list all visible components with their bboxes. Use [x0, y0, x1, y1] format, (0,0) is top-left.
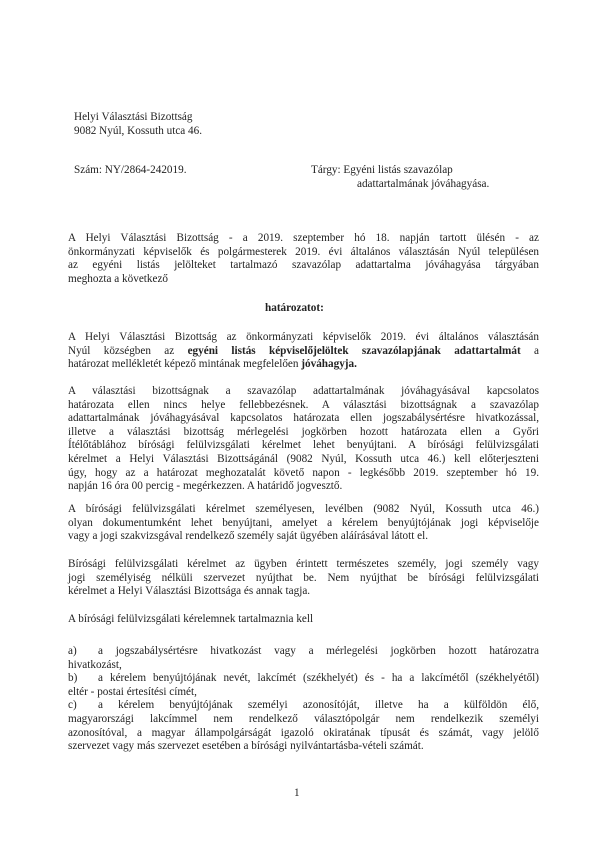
decision-line: A Helyi Választási Bizottság az önkormán…	[68, 331, 539, 345]
remedy-line: határozata ellen nincs helye fellebbezés…	[68, 399, 539, 413]
submission-line: vagy a jogi szakvizsgával rendelkező sze…	[68, 530, 539, 544]
contents-intro: A bírósági felülvizsgálati kérelemnek ta…	[68, 613, 313, 627]
requirements-list: a)a jogszabálysértésre hivatkozást vagy …	[68, 645, 539, 754]
org-name: Helyi Választási Bizottság	[74, 111, 192, 125]
org-address: 9082 Nyúl, Kossuth utca 46.	[74, 125, 202, 139]
list-item-a-cont: hivatkozást,	[68, 659, 539, 673]
intro-line: az egyéni listás jelölteket tartalmazó s…	[68, 259, 539, 273]
submission-paragraph: A bírósági felülvizsgálati kérelmet szem…	[68, 503, 539, 544]
remedy-line: A választási bizottságnak a szavazólap a…	[68, 385, 539, 399]
page-number: 1	[294, 787, 300, 801]
remedy-line: Ítélőtáblához bírósági felülvizsgálati k…	[68, 439, 539, 453]
decision-paragraph: A Helyi Választási Bizottság az önkormán…	[68, 331, 539, 372]
remedy-paragraph: A választási bizottságnak a szavazólap a…	[68, 385, 539, 494]
intro-paragraph: A Helyi Választási Bizottság - a 2019. s…	[68, 232, 539, 286]
remedy-line: kérelmet a Helyi Választási Bizottságáná…	[68, 453, 539, 467]
decision-line: határozat mellékletét képező mintának me…	[68, 358, 539, 372]
intro-line: A Helyi Választási Bizottság - a 2019. s…	[68, 232, 539, 246]
list-item-c-cont: magyarországi lakcímmel nem rendelkező v…	[68, 713, 539, 727]
remedy-line: adattartalmának jóváhagyásával kapcsolat…	[68, 412, 539, 426]
remedy-line: úgy, hogy az a határozat meghozatalát kö…	[68, 467, 539, 481]
list-item-b-cont: eltér - postai értesítési címét,	[68, 686, 539, 700]
subject-line-1: Tárgy: Egyéni listás szavazólap	[311, 164, 453, 178]
remedy-line: illetve a választási bizottság mérlegelé…	[68, 426, 539, 440]
list-item-c: c)a kérelem benyújtójának személyi azono…	[68, 699, 539, 713]
intro-line: meghozta a következő	[68, 273, 539, 287]
list-item-c-cont: szervezet vagy más szervezet esetében a …	[68, 740, 539, 754]
intro-line: önkormányzati képviselők és polgármester…	[68, 246, 539, 260]
subject-line-2: adattartalmának jóváhagyása.	[357, 178, 489, 192]
list-item-c-cont: azonosítóval, a magyar állampolgárságát …	[68, 727, 539, 741]
eligibility-line: jogi személyiség nélküli szervezet nyújt…	[68, 572, 539, 586]
eligibility-line: Bírósági felülvizsgálati kérelmet az ügy…	[68, 558, 539, 572]
submission-line: A bírósági felülvizsgálati kérelmet szem…	[68, 503, 539, 517]
eligibility-paragraph: Bírósági felülvizsgálati kérelmet az ügy…	[68, 558, 539, 599]
eligibility-line: kérelmet a Helyi Választási Bizottsága é…	[68, 585, 539, 599]
list-item-b: b)a kérelem benyújtójának nevét, lakcímé…	[68, 672, 539, 686]
remedy-line: napján 16 óra 00 percig - megérkezzen. A…	[68, 480, 539, 494]
document-number: Szám: NY/2864-242019.	[74, 164, 187, 178]
decision-title: határozatot:	[265, 302, 324, 316]
list-item-a: a)a jogszabálysértésre hivatkozást vagy …	[68, 645, 539, 659]
submission-line: olyan dokumentumként lehet benyújtani, a…	[68, 517, 539, 531]
decision-line: Nyúl községben az egyéni listás képvisel…	[68, 345, 539, 359]
